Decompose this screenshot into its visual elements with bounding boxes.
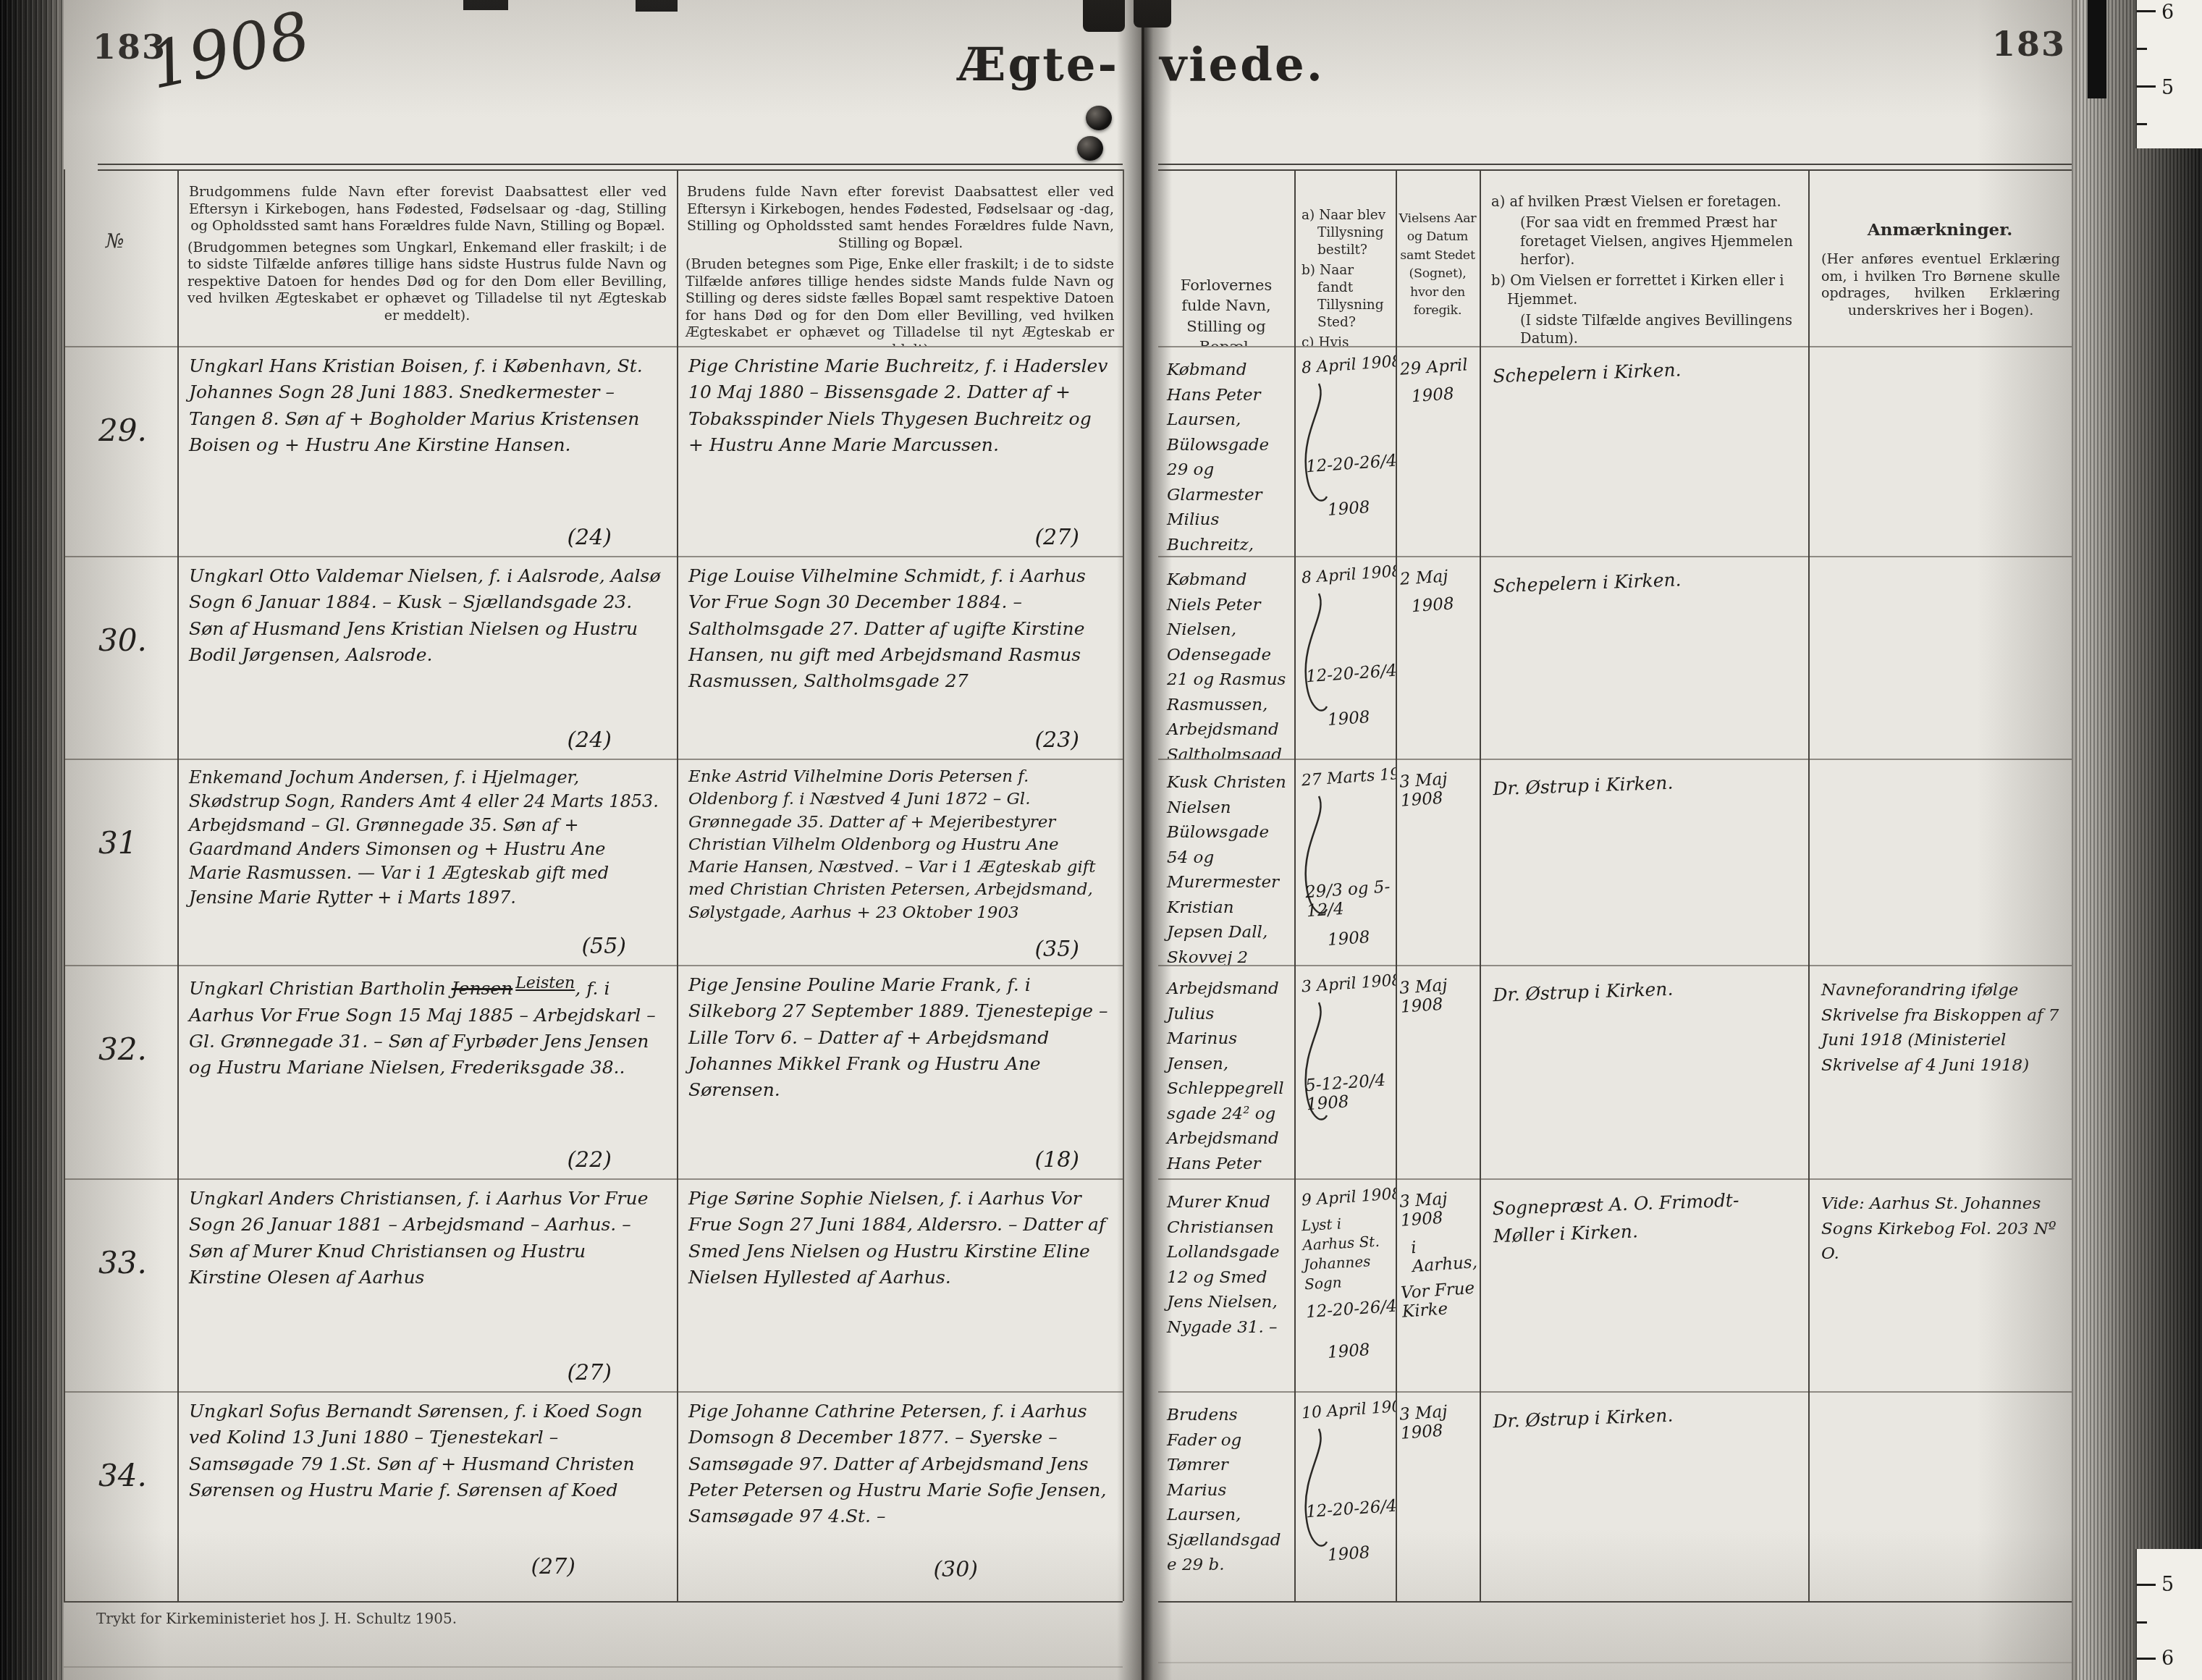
- bride-cell: Pige Johanne Cathrine Petersen, f. i Aar…: [677, 1391, 1123, 1601]
- entry-number: 32.: [64, 965, 177, 1178]
- banns-ordered-date: 8 April 1908: [1301, 353, 1396, 377]
- banns-year: 1908: [1327, 1543, 1370, 1565]
- forlovere-cell: Købmand Hans Peter Laursen, Bülowsgade 2…: [1158, 346, 1294, 556]
- bride-header-note: (Bruden betegnes som Pige, Enke eller fr…: [686, 256, 1114, 346]
- header-groom: Brudgommens fulde Navn efter forevist Da…: [177, 172, 677, 346]
- binding-clamp: [1083, 0, 1125, 32]
- ruler-label: 5: [2161, 77, 2174, 99]
- table-line: [1158, 1601, 2072, 1603]
- entry-number: 29.: [64, 346, 177, 556]
- page-edge-line: [64, 1666, 1123, 1668]
- praest-header-a: a) af hvilken Præst Vielsen er foretagen…: [1491, 193, 1798, 211]
- groom-cell: Ungkarl Otto Valdemar Nielsen, f. i Aals…: [177, 556, 677, 759]
- page-edge-line: [1158, 1662, 2072, 1663]
- photo-artifact: [463, 0, 508, 10]
- groom-text: Ungkarl Anders Christiansen, f. i Aarhus…: [177, 1178, 677, 1291]
- groom-header-note: (Brudgommen betegnes som Ungkarl, Enkema…: [187, 240, 667, 325]
- wedding-date-line: [1401, 1446, 1480, 1452]
- vielse-cell: 3 Maj 1908: [1396, 759, 1480, 965]
- bride-cell: Pige Louise Vilhelmine Schmidt, f. i Aar…: [677, 556, 1123, 759]
- bride-cell: Pige Christine Marie Buchreitz, f. i Had…: [677, 346, 1123, 556]
- anm-cell: Vide: Aarhus St. Johannes Sogns Kirkebog…: [1808, 1178, 2072, 1391]
- bride-age: (30): [933, 1557, 978, 1582]
- groom-age: (55): [581, 934, 626, 959]
- bride-age: (18): [1034, 1147, 1079, 1173]
- register-row: 29. Ungkarl Hans Kristian Boisen, f. i K…: [0, 346, 2202, 556]
- corrected-name: Leisten: [515, 972, 575, 995]
- wedding-date-line: 2 Maj: [1399, 565, 1480, 589]
- table-header-row: № Brudgommens fulde Navn efter forevist …: [0, 172, 2202, 346]
- banns-dates: 29/3 og 5-12/4: [1304, 877, 1396, 921]
- banns-year: 1908: [1327, 928, 1370, 950]
- vielse-header-label: Vielsens Aar og Datum samt Stedet (Sogne…: [1396, 172, 1480, 320]
- bride-age: (23): [1034, 727, 1079, 753]
- bride-cell: Pige Sørine Sophie Nielsen, f. i Aarhus …: [677, 1178, 1123, 1391]
- wedding-date-line: 1908: [1411, 593, 1480, 616]
- register-row: 33. Ungkarl Anders Christiansen, f. i Aa…: [0, 1178, 2202, 1391]
- groom-text: Ungkarl Otto Valdemar Nielsen, f. i Aals…: [177, 556, 677, 668]
- banns-brace-flourish: [1296, 1000, 1332, 1141]
- groom-text: Ungkarl Christian Bartholin JensenLeiste…: [177, 965, 677, 1081]
- banns-year: 1908: [1327, 1341, 1370, 1362]
- photo-artifact: [636, 0, 678, 12]
- register-row: 31 Enkemand Jochum Andersen, f. i Hjelma…: [0, 759, 2202, 965]
- book-scan: 6 5 5 6 183 183 1908 Ægte- viede.: [0, 0, 2202, 1680]
- bride-age: (27): [1034, 525, 1079, 550]
- rule: [1158, 164, 2072, 165]
- anm-cell: [1808, 1391, 2072, 1601]
- praest-header-b: b) Om Vielsen er forrettet i Kirken elle…: [1491, 271, 1798, 308]
- tillysning-cell: 8 April 1908 12-20-26/4 1908: [1294, 346, 1396, 556]
- tillysning-cell: 27 Marts 1908 29/3 og 5-12/4 1908: [1294, 759, 1396, 965]
- page-title-right-part: viede.: [1160, 38, 1391, 92]
- groom-age: (24): [567, 525, 612, 550]
- ruler-tick: [2137, 10, 2156, 12]
- tillysning-header-a: a) Naar blev Tillysning bestilt?: [1302, 207, 1391, 259]
- groom-cell: Ungkarl Anders Christiansen, f. i Aarhus…: [177, 1178, 677, 1391]
- banns-year: 1908: [1327, 708, 1370, 730]
- wedding-date-line: 3 Maj 1908: [1399, 974, 1480, 1017]
- groom-age: (24): [567, 727, 612, 753]
- wedding-date-line: 3 Maj 1908: [1399, 767, 1480, 811]
- printer-imprint: Trykt for Kirkeministeriet hos J. H. Sch…: [96, 1610, 457, 1627]
- forlovere-cell: Murer Knud Christiansen Lollandsgade 12 …: [1158, 1178, 1294, 1391]
- binding-screw-icon: [1077, 136, 1103, 161]
- praest-cell: Dr. Østrup i Kirken.: [1480, 965, 1808, 1178]
- register-row: 34. Ungkarl Sofus Bernandt Sørensen, f. …: [0, 1391, 2202, 1601]
- bride-text: Pige Johanne Cathrine Petersen, f. i Aar…: [677, 1391, 1123, 1529]
- praest-header-b-note: (I sidste Tilfælde angives Bevillingens …: [1491, 311, 1798, 346]
- groom-cell: Ungkarl Christian Bartholin JensenLeiste…: [177, 965, 677, 1178]
- vielse-cell: 3 Maj 1908: [1396, 1391, 1480, 1601]
- wedding-date-line: 3 Maj 1908: [1399, 1187, 1480, 1231]
- page-title-left-part: Ægte-: [832, 38, 1119, 92]
- vielse-cell: 2 Maj 1908: [1396, 556, 1480, 759]
- bride-cell: Pige Jensine Pouline Marie Frank, f. i S…: [677, 965, 1123, 1178]
- groom-age: (27): [531, 1554, 575, 1579]
- groom-cell: Ungkarl Hans Kristian Boisen, f. i Køben…: [177, 346, 677, 556]
- groom-cell: Ungkarl Sofus Bernandt Sørensen, f. i Ko…: [177, 1391, 677, 1601]
- tillysning-header-b: b) Naar fandt Tillysning Sted?: [1302, 262, 1391, 332]
- header-praest: a) af hvilken Præst Vielsen er foretagen…: [1480, 172, 1808, 346]
- groom-text: Enkemand Jochum Andersen, f. i Hjelmager…: [177, 759, 677, 910]
- bride-text: Pige Louise Vilhelmine Schmidt, f. i Aar…: [677, 556, 1123, 694]
- entry-number: 30.: [64, 556, 177, 759]
- anm-cell: [1808, 759, 2072, 965]
- wedding-date-line: [1412, 1021, 1480, 1026]
- banns-ordered-date: 10 April 1908: [1301, 1398, 1396, 1422]
- forlovere-cell: Købmand Niels Peter Nielsen, Odensegade …: [1158, 556, 1294, 759]
- tillysning-cell: 8 April 1908 12-20-26/4 1908: [1294, 556, 1396, 759]
- praest-cell: Sognepræst A. O. Frimodt-Møller i Kirken…: [1480, 1178, 1808, 1391]
- wedding-date-line: 29 April: [1399, 355, 1480, 379]
- header-anmaerkninger: Anmærkninger. (Her anføres eventuel Erkl…: [1808, 172, 2072, 346]
- forlovere-cell: Brudens Fader og Tømrer Marius Laursen, …: [1158, 1391, 1294, 1601]
- banns-dates: 12-20-26/4: [1305, 1297, 1396, 1322]
- wedding-date-line: i Aarhus,: [1410, 1234, 1480, 1276]
- register-row: 32. Ungkarl Christian Bartholin JensenLe…: [0, 965, 2202, 1178]
- entry-number: 34.: [64, 1391, 177, 1601]
- wedding-date-line: [1412, 1447, 1480, 1452]
- wedding-date-line: [1401, 408, 1480, 414]
- binding-screw-icon: [1086, 106, 1112, 130]
- groom-text: Ungkarl Sofus Bernandt Sørensen, f. i Ko…: [177, 1391, 677, 1503]
- groom-cell: Enkemand Jochum Andersen, f. i Hjelmager…: [177, 759, 677, 965]
- tillysning-cell: 3 April 1908 5-12-20/4 1908: [1294, 965, 1396, 1178]
- vielse-cell: 3 Maj 1908: [1396, 965, 1480, 1178]
- praest-cell: Schepelern i Kirken.: [1480, 346, 1808, 556]
- ruler-tick: [2137, 1658, 2156, 1660]
- banns-ordered-date: 9 April 1908: [1301, 1185, 1396, 1210]
- bride-text: Pige Jensine Pouline Marie Frank, f. i S…: [677, 965, 1123, 1103]
- rule: [98, 164, 1123, 165]
- praest-header-a-note: (For saa vidt en fremmed Præst har foret…: [1491, 214, 1798, 269]
- scale-ruler-top: 6 5: [2135, 0, 2202, 148]
- no-header-label: №: [106, 230, 177, 253]
- ruler-tick: [2137, 123, 2147, 125]
- banns-ordered-date: 8 April 1908: [1301, 562, 1396, 587]
- header-tillysning: a) Naar blev Tillysning bestilt? b) Naar…: [1294, 172, 1396, 346]
- binding-clamp: [1134, 0, 1171, 28]
- register-row: 30. Ungkarl Otto Valdemar Nielsen, f. i …: [0, 556, 2202, 759]
- wedding-date-line: [1401, 618, 1480, 624]
- banns-ordered-date: 27 Marts 1908: [1301, 765, 1396, 790]
- groom-header-main: Brudgommens fulde Navn efter forevist Da…: [189, 184, 667, 235]
- anm-header-note: (Her anføres eventuel Erklæring om, i hv…: [1821, 251, 2060, 319]
- wedding-date-line: [1412, 814, 1480, 819]
- header-forlovere: Forlovernes fulde Navn, Stilling og Bopæ…: [1158, 172, 1294, 346]
- rule: [98, 169, 1123, 171]
- praest-cell: Dr. Østrup i Kirken.: [1480, 759, 1808, 965]
- bride-text: Enke Astrid Vilhelmine Doris Petersen f.…: [677, 759, 1123, 924]
- groom-text: Ungkarl Hans Kristian Boisen, f. i Køben…: [177, 346, 677, 458]
- header-no: №: [64, 172, 177, 346]
- groom-age: (27): [567, 1360, 612, 1385]
- tillysning-header-c: c) Hvis Lysning ej har fundet Sted, angi…: [1302, 334, 1391, 346]
- groom-text-part: Ungkarl Christian Bartholin: [189, 978, 452, 999]
- wedding-date-line: [1401, 1020, 1480, 1026]
- bride-cell: Enke Astrid Vilhelmine Doris Petersen f.…: [677, 759, 1123, 965]
- vielse-cell: 3 Maj 1908 i Aarhus, Vor Frue Kirke: [1396, 1178, 1480, 1391]
- forlovere-cell: Arbejdsmand Julius Marinus Jensen, Schle…: [1158, 965, 1294, 1178]
- forlovere-cell: Kusk Christen Nielsen Bülowsgade 54 og M…: [1158, 759, 1294, 965]
- ruler-tick: [2137, 85, 2156, 88]
- bride-text: Pige Christine Marie Buchreitz, f. i Had…: [677, 346, 1123, 458]
- wedding-date-line: 1908: [1411, 383, 1480, 406]
- banns-dates: 5-12-20/4 1908: [1304, 1071, 1396, 1115]
- header-vielse: Vielsens Aar og Datum samt Stedet (Sogne…: [1396, 172, 1480, 346]
- wedding-date-line: Vor Frue Kirke: [1400, 1278, 1480, 1321]
- ruler-label: 6: [2161, 1647, 2174, 1670]
- entry-number: 33.: [64, 1178, 177, 1391]
- banns-year: 1908: [1327, 498, 1370, 520]
- anm-cell: Navneforandring ifølge Skrivelse fra Bis…: [1808, 965, 2072, 1178]
- tillysning-cell: 10 April 1908 12-20-26/4 1908: [1294, 1391, 1396, 1601]
- banns-note: Lyst i Aarhus St. Johannes Sogn: [1301, 1212, 1393, 1294]
- ruler-tick: [2137, 1621, 2147, 1624]
- banns-ordered-date: 3 April 1908: [1301, 971, 1396, 996]
- header-bride: Brudens fulde Navn efter forevist Daabsa…: [677, 172, 1123, 346]
- photo-artifact: [2088, 0, 2106, 98]
- praest-cell: Schepelern i Kirken.: [1480, 556, 1808, 759]
- praest-cell: Dr. Østrup i Kirken.: [1480, 1391, 1808, 1601]
- anm-header-title: Anmærkninger.: [1808, 172, 2072, 240]
- page-number-right: 183: [1992, 25, 2066, 64]
- ruler-label: 6: [2161, 1, 2174, 24]
- vielse-cell: 29 April 1908: [1396, 346, 1480, 556]
- wedding-date-line: [1401, 814, 1480, 819]
- bride-age: (35): [1034, 937, 1079, 962]
- groom-age: (22): [567, 1147, 612, 1173]
- forlovere-header-label: Forlovernes fulde Navn, Stilling og Bopæ…: [1158, 172, 1294, 346]
- bride-text: Pige Sørine Sophie Nielsen, f. i Aarhus …: [677, 1178, 1123, 1291]
- bride-header-main: Brudens fulde Navn efter forevist Daabsa…: [687, 184, 1114, 252]
- wedding-date-line: 3 Maj 1908: [1399, 1400, 1480, 1443]
- anm-cell: [1808, 556, 2072, 759]
- struck-name: Jensen: [452, 978, 513, 999]
- anm-cell: [1808, 346, 2072, 556]
- entry-number: 31: [64, 759, 177, 965]
- tillysning-cell: 9 April 1908 Lyst i Aarhus St. Johannes …: [1294, 1178, 1396, 1391]
- ruler-tick: [2137, 48, 2147, 50]
- table-line: [64, 1601, 1123, 1603]
